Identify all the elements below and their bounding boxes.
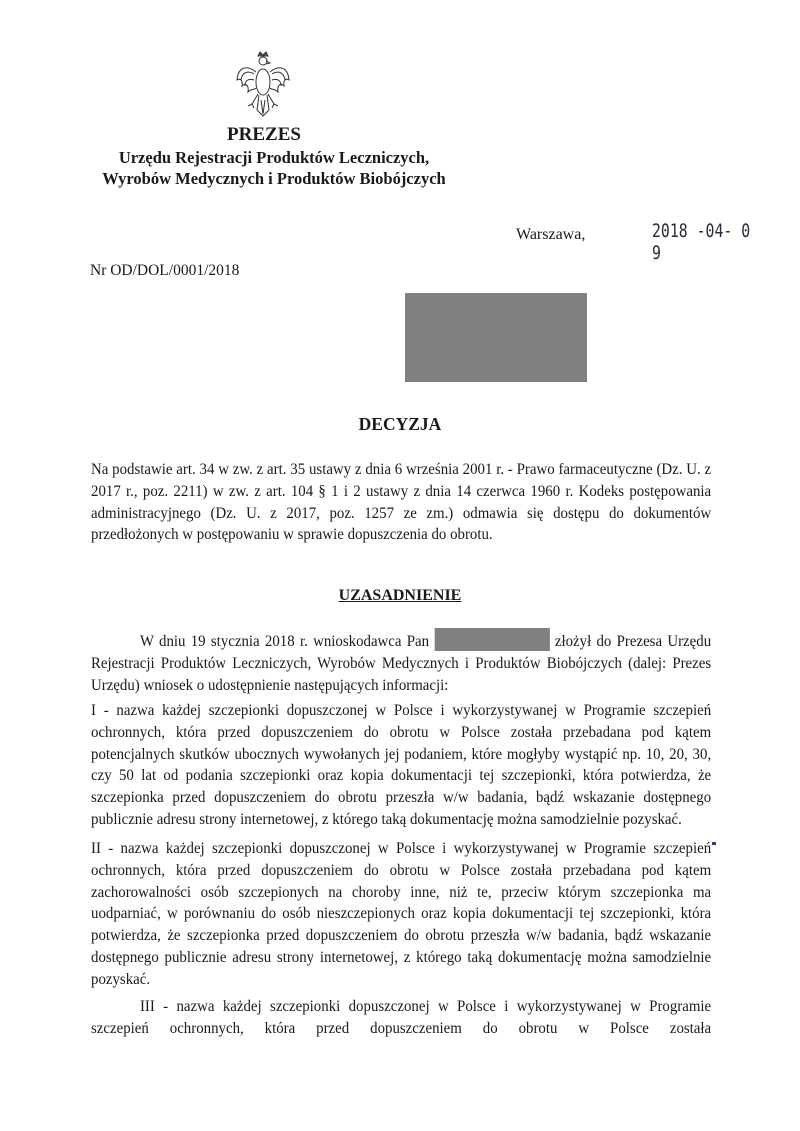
- decision-text: Na podstawie art. 34 w zw. z art. 35 ust…: [91, 459, 711, 546]
- decision-heading: DECYZJA: [0, 414, 800, 435]
- request-item-iii: III - nazwa każdej szczepionki dopuszczo…: [91, 996, 711, 1040]
- issuer-subtitle-line1: Urzędu Rejestracji Produktów Leczniczych…: [0, 148, 548, 168]
- issuer-subtitle-line2: Wyrobów Medycznych i Produktów Biobójczy…: [0, 169, 548, 189]
- request-item-ii: II - nazwa każdej szczepionki dopuszczon…: [91, 838, 711, 991]
- justification-heading: UZASADNIENIE: [0, 587, 800, 605]
- justification-intro: W dniu 19 stycznia 2018 r. wnioskodawca …: [91, 628, 711, 696]
- redacted-applicant-name: [434, 628, 549, 651]
- reference-number: Nr OD/DOL/0001/2018: [90, 262, 239, 280]
- polish-eagle-emblem-icon: [234, 50, 292, 120]
- redacted-addressee-block: [405, 293, 587, 382]
- date-stamp: 2018 -04- 0 9: [652, 220, 767, 264]
- scan-artifact: [712, 842, 716, 845]
- request-item-i: I - nazwa każdej szczepionki dopuszczone…: [91, 700, 711, 831]
- issuer-title: PREZES: [0, 124, 528, 146]
- place-of-issue: Warszawa,: [516, 226, 585, 244]
- intro-text-before: W dniu 19 stycznia 2018 r. wnioskodawca …: [140, 633, 434, 650]
